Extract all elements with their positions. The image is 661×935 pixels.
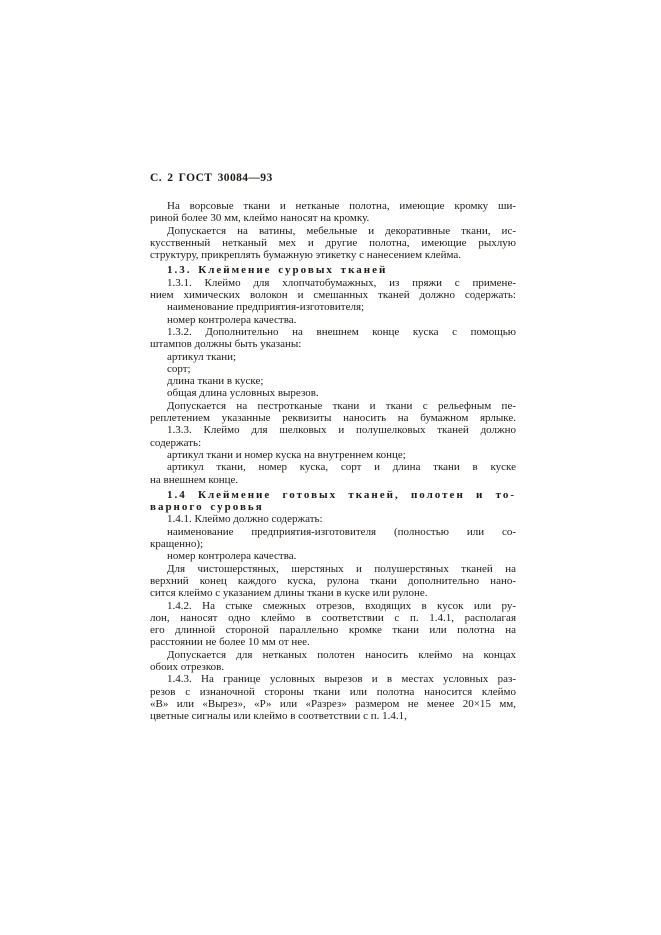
list-item: номер контролера качества. (150, 550, 516, 562)
text-line: содержать: (150, 437, 516, 449)
text-line: его длинной стороной параллельно кромке … (150, 624, 516, 636)
paragraph: 1.4.1. Клеймо должно содержать: (150, 513, 516, 525)
text-line: риной более 30 мм, клеймо наносят на кро… (150, 212, 516, 224)
text-line: структуру, прикреплять бумажную этикетку… (150, 249, 516, 261)
section-heading: 1.4 Клеймение готовых тканей, полотен и … (150, 489, 516, 514)
text-line: кусственный нетканый мех и другие полотн… (150, 237, 516, 249)
text-line: наименование предприятия-изготовителя; (150, 301, 516, 313)
text-line: 1.3.1. Клеймо для хлопчатобумажных, из п… (150, 277, 516, 289)
text-line: варного суровья (150, 501, 516, 513)
text-line: номер контролера качества. (150, 550, 516, 562)
paragraph: 1.4.2. На стыке смежных отрезов, входящи… (150, 600, 516, 649)
paragraph: Для чистошерстяных, шерстяных и полушерс… (150, 563, 516, 600)
text-line: номер контролера качества. (150, 314, 516, 326)
text-line: общая длина условных вырезов. (150, 387, 516, 399)
text-line: 1.4.1. Клеймо должно содержать: (150, 513, 516, 525)
text-line: 1.4 Клеймение готовых тканей, полотен и … (150, 489, 516, 501)
text-line: 1.3.3. Клеймо для шелковых и полушелковы… (150, 424, 516, 436)
paragraph: Допускается для нетканых полотен наносит… (150, 649, 516, 674)
text-line: Допускается на ватины, мебельные и декор… (150, 225, 516, 237)
text-line: артикул ткани и номер куска на внутренне… (150, 449, 516, 461)
text-line: 1.4.2. На стыке смежных отрезов, входящи… (150, 600, 516, 612)
list-item: артикул ткани, номер куска, сорт и длина… (150, 461, 516, 486)
text-line: сорт; (150, 363, 516, 375)
text-line: сится клеймо с указанием длины ткани в к… (150, 587, 516, 599)
text-line: штампов должны быть указаны: (150, 338, 516, 350)
page-header: С. 2 ГОСТ 30084—93 (150, 172, 516, 185)
text-line: Допускается для нетканых полотен наносит… (150, 649, 516, 661)
text-line: длина ткани в куске; (150, 375, 516, 387)
paragraph: 1.3.1. Клеймо для хлопчатобумажных, из п… (150, 277, 516, 302)
text-line: 1.3. Клеймение суровых тканей (150, 264, 516, 276)
text-line: обоих отрезков. (150, 661, 516, 673)
text-line: «В» или «Вырез», «Р» или «Разрез» размер… (150, 698, 516, 710)
list-item: артикул ткани и номер куска на внутренне… (150, 449, 516, 461)
paragraph: 1.3.2. Дополнительно на внешнем конце ку… (150, 326, 516, 351)
list-item: номер контролера качества. (150, 314, 516, 326)
list-item: сорт; (150, 363, 516, 375)
list-item: наименование предприятия-изготовителя; (150, 301, 516, 313)
list-item: общая длина условных вырезов. (150, 387, 516, 399)
paragraph: На ворсовые ткани и нетканые полотна, им… (150, 200, 516, 225)
document-body: На ворсовые ткани и нетканые полотна, им… (150, 200, 516, 722)
list-item: артикул ткани; (150, 351, 516, 363)
text-line: кращенно); (150, 538, 516, 550)
document-page: С. 2 ГОСТ 30084—93 На ворсовые ткани и н… (0, 0, 661, 935)
text-line: артикул ткани, номер куска, сорт и длина… (150, 461, 516, 473)
paragraph: Допускается на пестротканые ткани и ткан… (150, 400, 516, 425)
text-line: 1.3.2. Дополнительно на внешнем конце ку… (150, 326, 516, 338)
text-line: лон, наносят одно клеймо в соответствии … (150, 612, 516, 624)
text-line: на внешнем конце. (150, 474, 516, 486)
text-line: реплетением указанные реквизиты наносить… (150, 412, 516, 424)
text-line: Для чистошерстяных, шерстяных и полушерс… (150, 563, 516, 575)
text-line: верхний конец каждого куска, рулона ткан… (150, 575, 516, 587)
paragraph: 1.4.3. На границе условных вырезов и в м… (150, 673, 516, 722)
text-line: резов с изнаночной стороны ткани или пол… (150, 686, 516, 698)
text-line: наименование предприятия-изготовителя (п… (150, 526, 516, 538)
list-item: длина ткани в куске; (150, 375, 516, 387)
text-line: 1.4.3. На границе условных вырезов и в м… (150, 673, 516, 685)
section-heading: 1.3. Клеймение суровых тканей (150, 264, 516, 276)
text-line: цветные сигналы или клеймо в соответстви… (150, 710, 516, 722)
text-line: нием химических волокон и смешанных ткан… (150, 289, 516, 301)
text-line: артикул ткани; (150, 351, 516, 363)
paragraph: Допускается на ватины, мебельные и декор… (150, 225, 516, 262)
text-line: расстоянии не более 10 мм от нее. (150, 636, 516, 648)
list-item: наименование предприятия-изготовителя (п… (150, 526, 516, 551)
text-column: С. 2 ГОСТ 30084—93 На ворсовые ткани и н… (150, 172, 516, 722)
text-line: На ворсовые ткани и нетканые полотна, им… (150, 200, 516, 212)
paragraph: 1.3.3. Клеймо для шелковых и полушелковы… (150, 424, 516, 449)
text-line: Допускается на пестротканые ткани и ткан… (150, 400, 516, 412)
